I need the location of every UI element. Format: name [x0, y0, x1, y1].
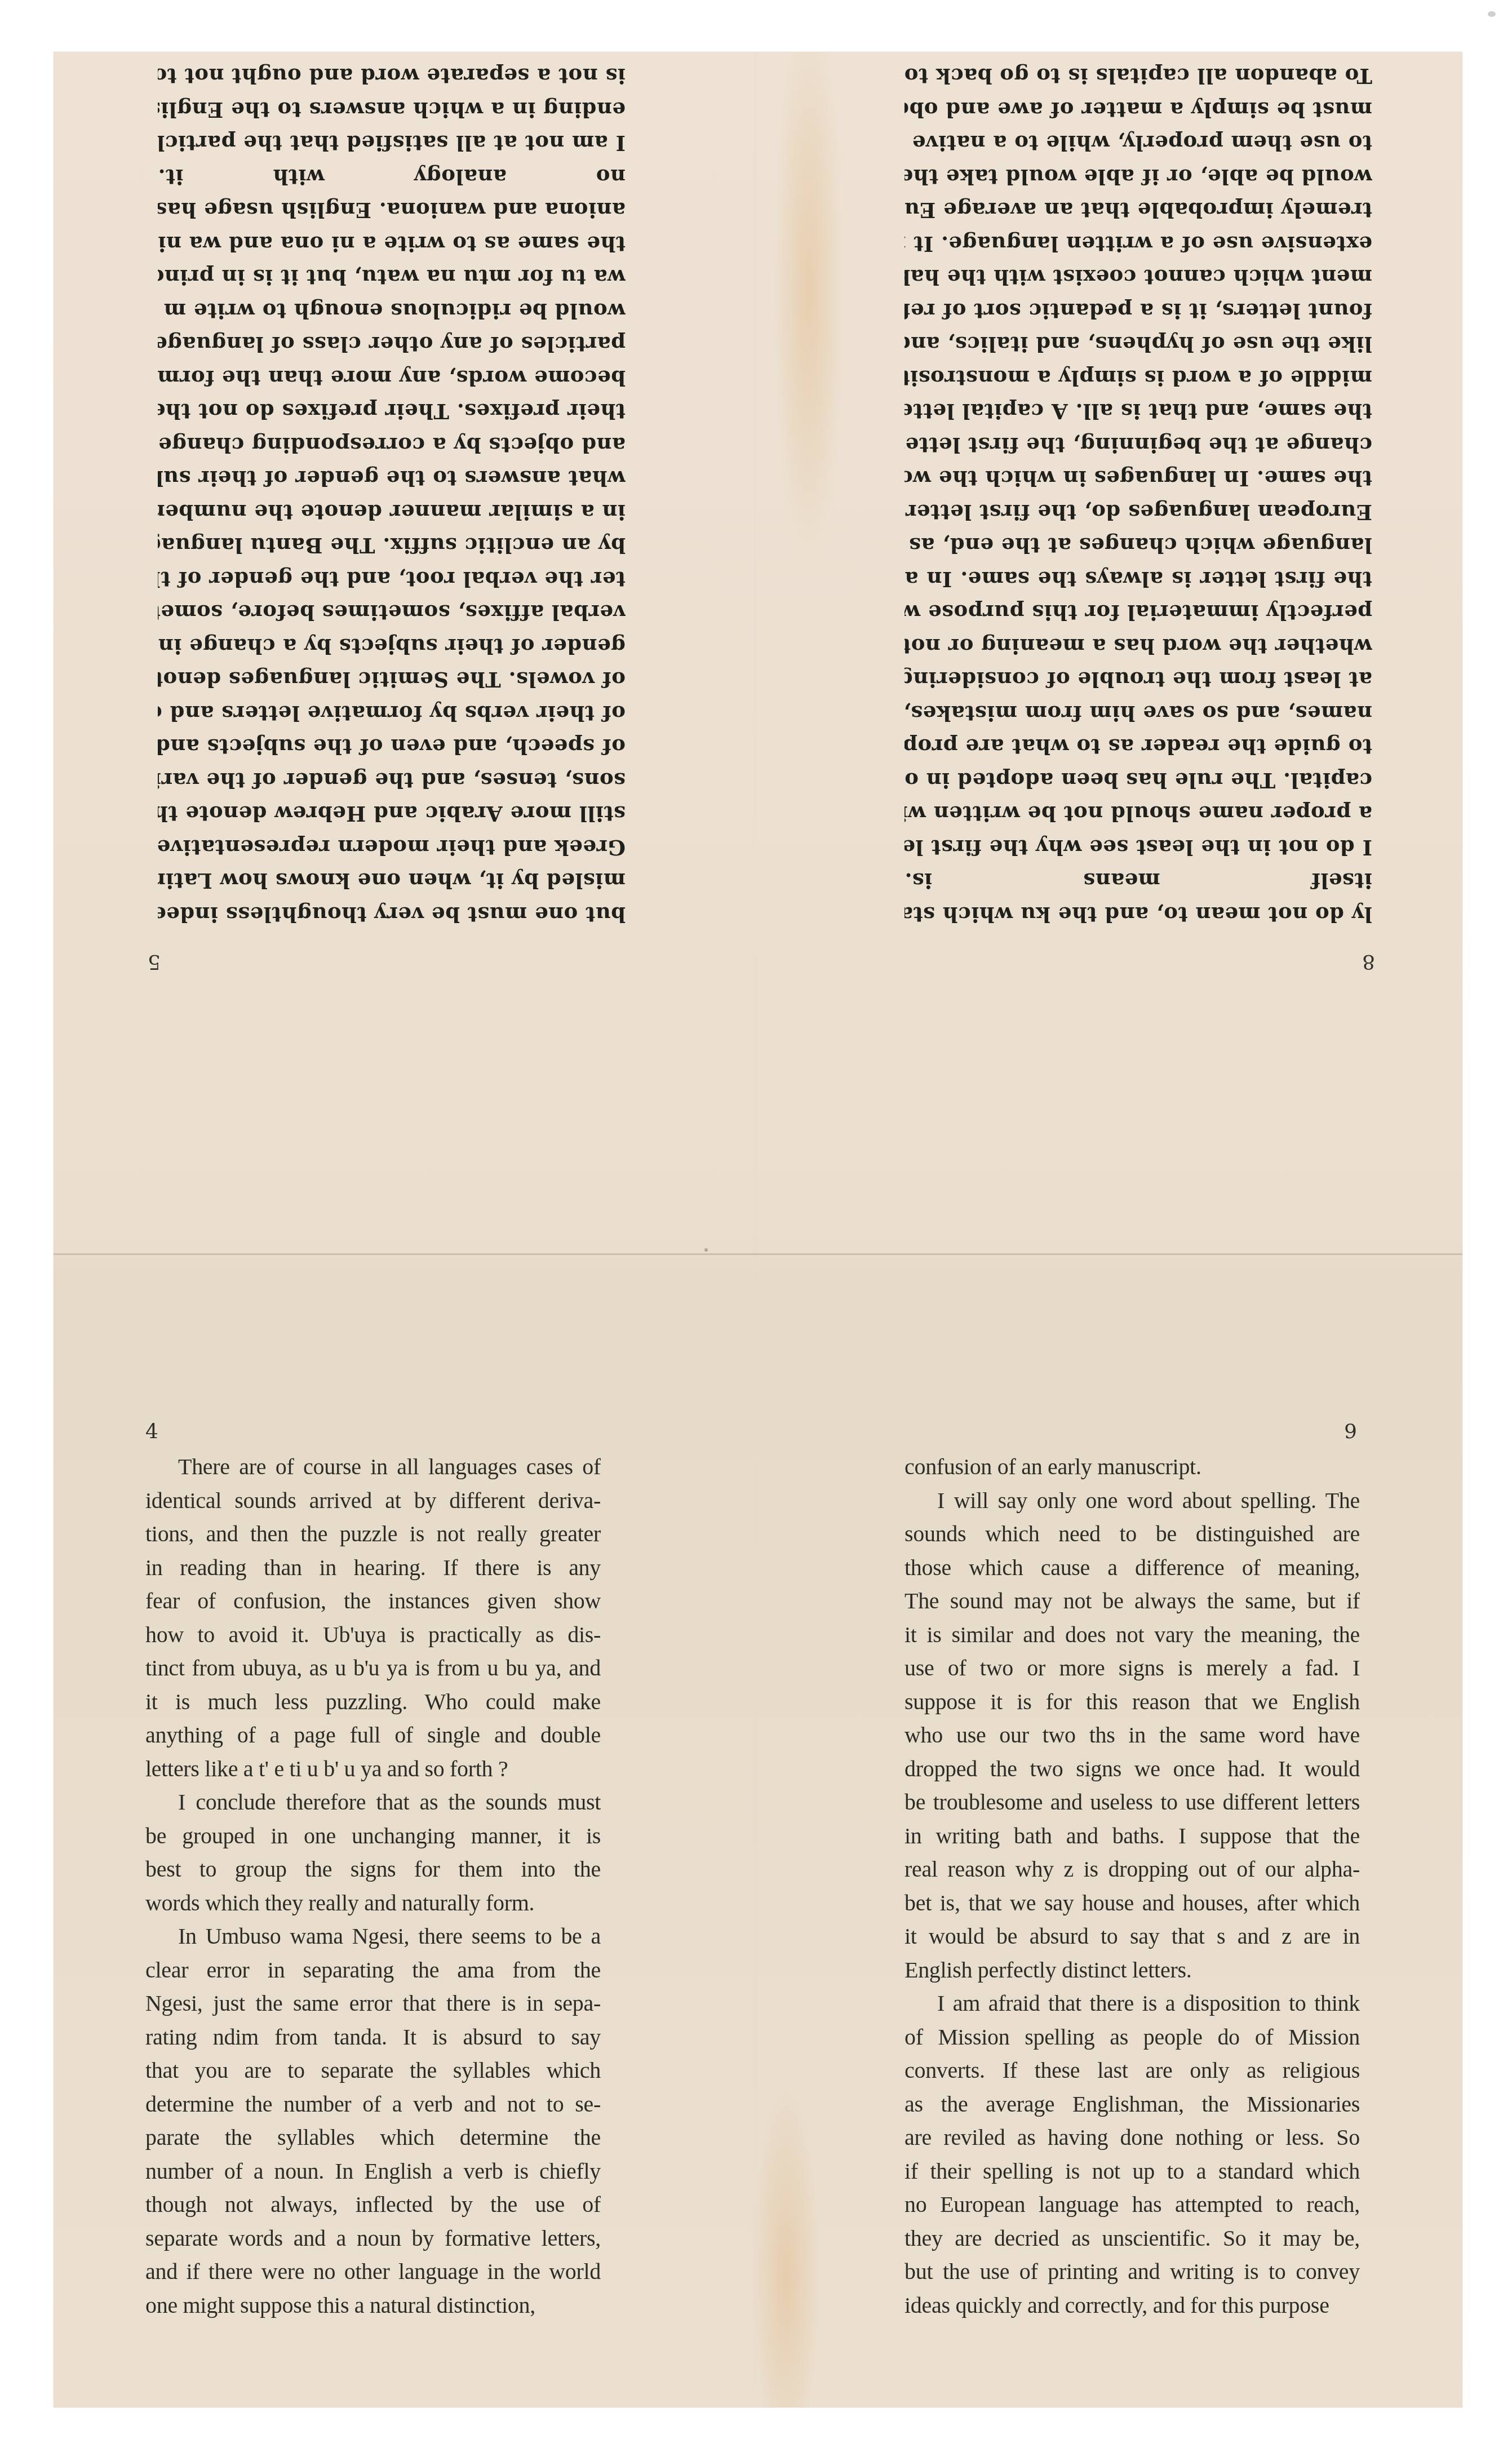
- text-line: ideas quickly and correctly, and for thi…: [904, 2289, 1360, 2322]
- text-line: capital. The rule has been adopted in or…: [904, 764, 1372, 797]
- text-line: fount letters, it is a pedantic sort of …: [904, 294, 1372, 328]
- text-line: would be able, or if able would take the…: [904, 160, 1372, 194]
- text-line: real reason why z is dropping out of our…: [904, 1852, 1360, 1886]
- text-line: middle of a word is simply a monstrosity…: [904, 361, 1372, 395]
- text-line: sounds which need to be distinguished ar…: [904, 1517, 1360, 1551]
- text-line: but the use of printing and writing is t…: [904, 2255, 1360, 2289]
- text-line: be grouped in one unchanging manner, it …: [145, 1819, 601, 1853]
- text-line: identical sounds arrived at by different…: [145, 1484, 601, 1518]
- text-line: itself means is.: [904, 864, 1372, 898]
- text-line: become words, any more than the formativ…: [158, 361, 626, 395]
- text-line: separate words and a noun by formative l…: [145, 2222, 601, 2255]
- text-line: English perfectly distinct letters.: [904, 1953, 1360, 1987]
- paragraph: confusion of an early manuscript.: [904, 1450, 1360, 1484]
- text-line: ly do not mean to, and the ku which stan…: [904, 898, 1372, 932]
- text-line: bet is, that we say house and houses, af…: [904, 1886, 1360, 1920]
- paragraph: In Umbuso wama Ngesi, there seems to be …: [145, 1919, 601, 2322]
- text-line: I will say only one word about spelling.…: [904, 1484, 1360, 1518]
- text-line: of their verbs by formative letters and …: [158, 697, 626, 730]
- text-line: sons, tenses, and the gender of the vari…: [158, 764, 626, 797]
- text-line: I conclude therefore that as the sounds …: [145, 1785, 601, 1819]
- page-4: 4 There are of course in all languages c…: [54, 1256, 758, 2433]
- text-line: I am not at all satisfied that the parti…: [158, 126, 626, 160]
- text-line: names, and so save him from mistakes, or: [904, 697, 1372, 730]
- paragraph: I am afraid that there is a disposition …: [904, 1987, 1360, 2322]
- text-line: The sound may not be always the same, bu…: [904, 1584, 1360, 1618]
- text-line: use of two or more signs is merely a fad…: [904, 1651, 1360, 1685]
- text-line: would be ridiculous enough to write m tu…: [158, 294, 626, 328]
- text-line: gender of their subjects by a change in …: [158, 629, 626, 663]
- text-line: in a similar manner denote the number an…: [158, 495, 626, 529]
- page-number: 5: [148, 950, 161, 973]
- top-half-upside-down: 8 ly do not mean to, and the ku which st…: [54, 52, 1462, 1230]
- text-line: who use our two ths in the same word hav…: [904, 1718, 1360, 1752]
- text-line: the first letter is always the same. In …: [904, 562, 1372, 596]
- text-line: converts. If these last are only as reli…: [904, 2054, 1360, 2087]
- text-line: I do not in the least see why the first …: [904, 831, 1372, 864]
- text-line: it is much less puzzling. Who could make: [145, 1685, 601, 1719]
- text-line: by an enclitic suffix. The Bantu languag…: [158, 529, 626, 562]
- paragraph: There are of course in all languages cas…: [145, 1450, 601, 1785]
- text-line: anything of a page full of single and do…: [145, 1718, 601, 1752]
- text-line: Ngesi, just the same error that there is…: [145, 1987, 601, 2020]
- text-line: whether the word has a meaning or not. I…: [904, 629, 1372, 663]
- page-number: 9: [1344, 1420, 1357, 1443]
- text-line: it is similar and does not vary the mean…: [904, 1618, 1360, 1652]
- text-line: tions, and then the puzzle is not really…: [145, 1517, 601, 1551]
- text-line: to guide the reader as to what are prope…: [904, 730, 1372, 764]
- page-5-text: but one must be very thoughtless indeed …: [158, 59, 626, 931]
- page-9: 9 confusion of an early manuscript.I wil…: [758, 1256, 1462, 2433]
- text-line: that you are to separate the syllables w…: [145, 2054, 601, 2087]
- text-line: confusion of an early manuscript.: [904, 1450, 1360, 1484]
- text-line: and if there were no other language in t…: [145, 2255, 601, 2289]
- text-line: like the use of hyphens, and italics, an…: [904, 327, 1372, 361]
- text-line: ment which cannot coexist with the habit…: [904, 260, 1372, 294]
- text-line: fear of confusion, the instances given s…: [145, 1584, 601, 1618]
- text-line: best to group the signs for them into th…: [145, 1852, 601, 1886]
- page-5: 5 but one must be very thoughtless indee…: [54, 52, 758, 1230]
- text-line: words which they really and naturally fo…: [145, 1886, 601, 1920]
- text-line: those which cause a difference of meanin…: [904, 1551, 1360, 1585]
- text-line: extensive use of a written language. It …: [904, 227, 1372, 261]
- text-line: the same. In languages in which the word…: [904, 462, 1372, 495]
- text-line: one might suppose this a natural distinc…: [145, 2289, 601, 2322]
- text-line: Greek and their modern representatives, …: [158, 831, 626, 864]
- text-line: dropped the two signs we once had. It wo…: [904, 1752, 1360, 1786]
- paper-speck: [704, 1248, 708, 1252]
- text-line: perfectly immaterial for this purpose wh…: [904, 596, 1372, 629]
- paragraph: I conclude therefore that as the sounds …: [145, 1785, 601, 1919]
- text-line: I am afraid that there is a disposition …: [904, 1987, 1360, 2020]
- text-line: it would be absurd to say that s and z a…: [904, 1919, 1360, 1953]
- page-4-text: There are of course in all languages cas…: [145, 1450, 601, 2322]
- text-line: and objects by a corresponding change am…: [158, 428, 626, 462]
- text-line: tremely improbable that an average Europ…: [904, 193, 1372, 227]
- text-line: no European language has attempted to re…: [904, 2188, 1360, 2222]
- horizontal-fold-crease: [54, 1253, 1462, 1255]
- text-line: ter the verbal root, and the gender of t…: [158, 562, 626, 596]
- text-line: To abandon all capitals is to go back to…: [904, 59, 1372, 93]
- text-line: suppose it is for this reason that we En…: [904, 1685, 1360, 1719]
- text-line: as the average Englishman, the Missionar…: [904, 2087, 1360, 2121]
- text-line: change at the beginning, the first lette…: [904, 428, 1372, 462]
- text-line: what answers to the gender of their subj…: [158, 462, 626, 495]
- text-line: no analogy with it.: [158, 160, 626, 194]
- paragraph: I will say only one word about spelling.…: [904, 1484, 1360, 1987]
- text-line: clear error in separating the ama from t…: [145, 1953, 601, 1987]
- text-line: be troublesome and useless to use differ…: [904, 1785, 1360, 1819]
- page-8-text: ly do not mean to, and the ku which stan…: [904, 59, 1372, 931]
- text-line: how to avoid it. Ub'uya is practically a…: [145, 1618, 601, 1652]
- text-line: must be simply a matter of awe and obedi…: [904, 93, 1372, 127]
- text-line: in reading than in hearing. If there is …: [145, 1551, 601, 1585]
- text-line: parate the syllables which determine the: [145, 2121, 601, 2154]
- text-line: tinct from ubuya, as u b'u ya is from u …: [145, 1651, 601, 1685]
- text-line: language which changes at the end, as th…: [904, 529, 1372, 562]
- page-number: 8: [1362, 950, 1375, 973]
- text-line: the same, and that is all. A capital let…: [904, 394, 1372, 428]
- text-line: are reviled as having done nothing or le…: [904, 2121, 1360, 2154]
- text-line: but one must be very thoughtless indeed …: [158, 898, 626, 932]
- text-line: aniona and waniona. English usage has si…: [158, 193, 626, 227]
- text-line: In Umbuso wama Ngesi, there seems to be …: [145, 1919, 601, 1953]
- text-line: wa tu for mtu na watu, but it is in prin…: [158, 260, 626, 294]
- text-line: rating ndim from tanda. It is absurd to …: [145, 2020, 601, 2054]
- text-line: determine the number of a verb and not t…: [145, 2087, 601, 2121]
- text-line: at least from the trouble of considering: [904, 663, 1372, 697]
- text-line: the same as to write a ni ona and wa ni …: [158, 227, 626, 261]
- text-line: ending in a which answers to the English…: [158, 93, 626, 127]
- text-line: There are of course in all languages cas…: [145, 1450, 601, 1484]
- text-line: in writing bath and baths. I suppose tha…: [904, 1819, 1360, 1853]
- text-line: to use them properly, while to a native …: [904, 126, 1372, 160]
- page-9-text: confusion of an early manuscript.I will …: [904, 1450, 1360, 2322]
- text-line: they are decried as unscientific. So it …: [904, 2222, 1360, 2255]
- text-line: still more Arabic and Hebrew denote the …: [158, 797, 626, 831]
- text-line: of vowels. The Semitic languages denote …: [158, 663, 626, 697]
- bottom-half-upright: 4 There are of course in all languages c…: [54, 1256, 1462, 2433]
- page-8: 8 ly do not mean to, and the ku which st…: [758, 52, 1462, 1230]
- text-line: letters like a t' e ti u b' u ya and so …: [145, 1752, 601, 1786]
- text-line: of speech, and even of the subjects and …: [158, 730, 626, 764]
- text-line: if their spelling is not up to a standar…: [904, 2154, 1360, 2188]
- text-line: their prefixes. Their prefixes do not th…: [158, 394, 626, 428]
- scan-dust: [1488, 11, 1496, 17]
- text-line: though not always, inflected by the use …: [145, 2188, 601, 2222]
- text-line: a proper name should not be written with…: [904, 797, 1372, 831]
- text-line: number of a noun. In English a verb is c…: [145, 2154, 601, 2188]
- page-number: 4: [145, 1420, 158, 1443]
- text-line: particles of any other class of language…: [158, 327, 626, 361]
- text-line: misled by it, when one knows how Latin a…: [158, 864, 626, 898]
- text-line: of Mission spelling as people do of Miss…: [904, 2020, 1360, 2054]
- text-line: is not a separate word and ought not to …: [158, 59, 626, 93]
- text-line: verbal affixes, sometimes before, someti…: [158, 596, 626, 629]
- text-line: European languages do, the first letter …: [904, 495, 1372, 529]
